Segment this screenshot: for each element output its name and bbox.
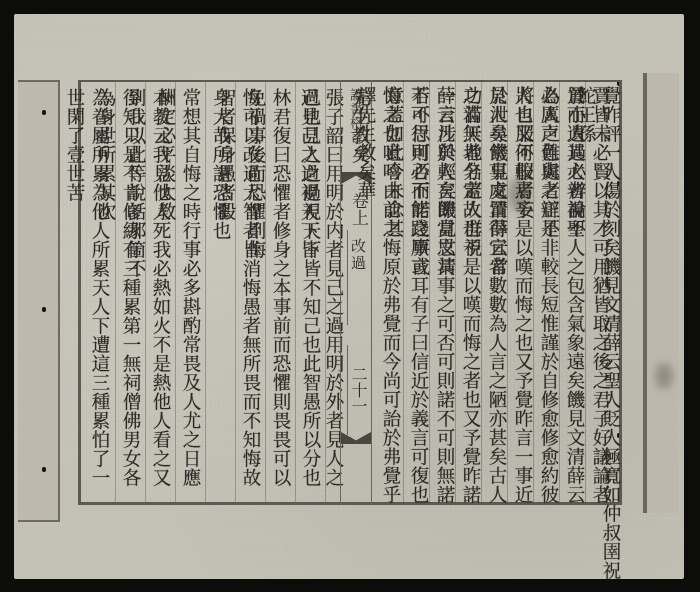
ink-stain bbox=[655, 363, 673, 389]
ink-smudge bbox=[508, 178, 530, 212]
binding-hole bbox=[42, 467, 46, 472]
section-label: 改過 bbox=[348, 238, 369, 272]
text-column: 常想其自悔之時行事必多斟酌常畏及人尤之日應酬定必平淡太教 bbox=[178, 88, 203, 502]
column-rule bbox=[205, 82, 206, 502]
right-half-text: 悔之也噫嘻由前之悔原於弗覺而今尚可詒於弗覺乎譯先生教矣華 不可行則必不能踐厥言耳… bbox=[370, 80, 622, 505]
right-margin-strip bbox=[643, 73, 679, 513]
left-margin-strip bbox=[18, 80, 60, 522]
fishtail-ornament-bottom bbox=[341, 432, 371, 444]
binding-hole bbox=[42, 110, 46, 115]
page-number: 二十一 bbox=[347, 366, 370, 414]
text-column: 覺昨評一人傷於刻矣饑見文清薛云聖人貶人極寬如仲叔圉祝鮀王孫 bbox=[598, 86, 623, 592]
text-column: 林君復曰恐懼者修身之本事前而恐懼則畏畏可以免禍事後而恐懼則悔 bbox=[268, 88, 293, 502]
banxin-rule bbox=[347, 230, 348, 325]
binding-hole bbox=[42, 307, 46, 312]
